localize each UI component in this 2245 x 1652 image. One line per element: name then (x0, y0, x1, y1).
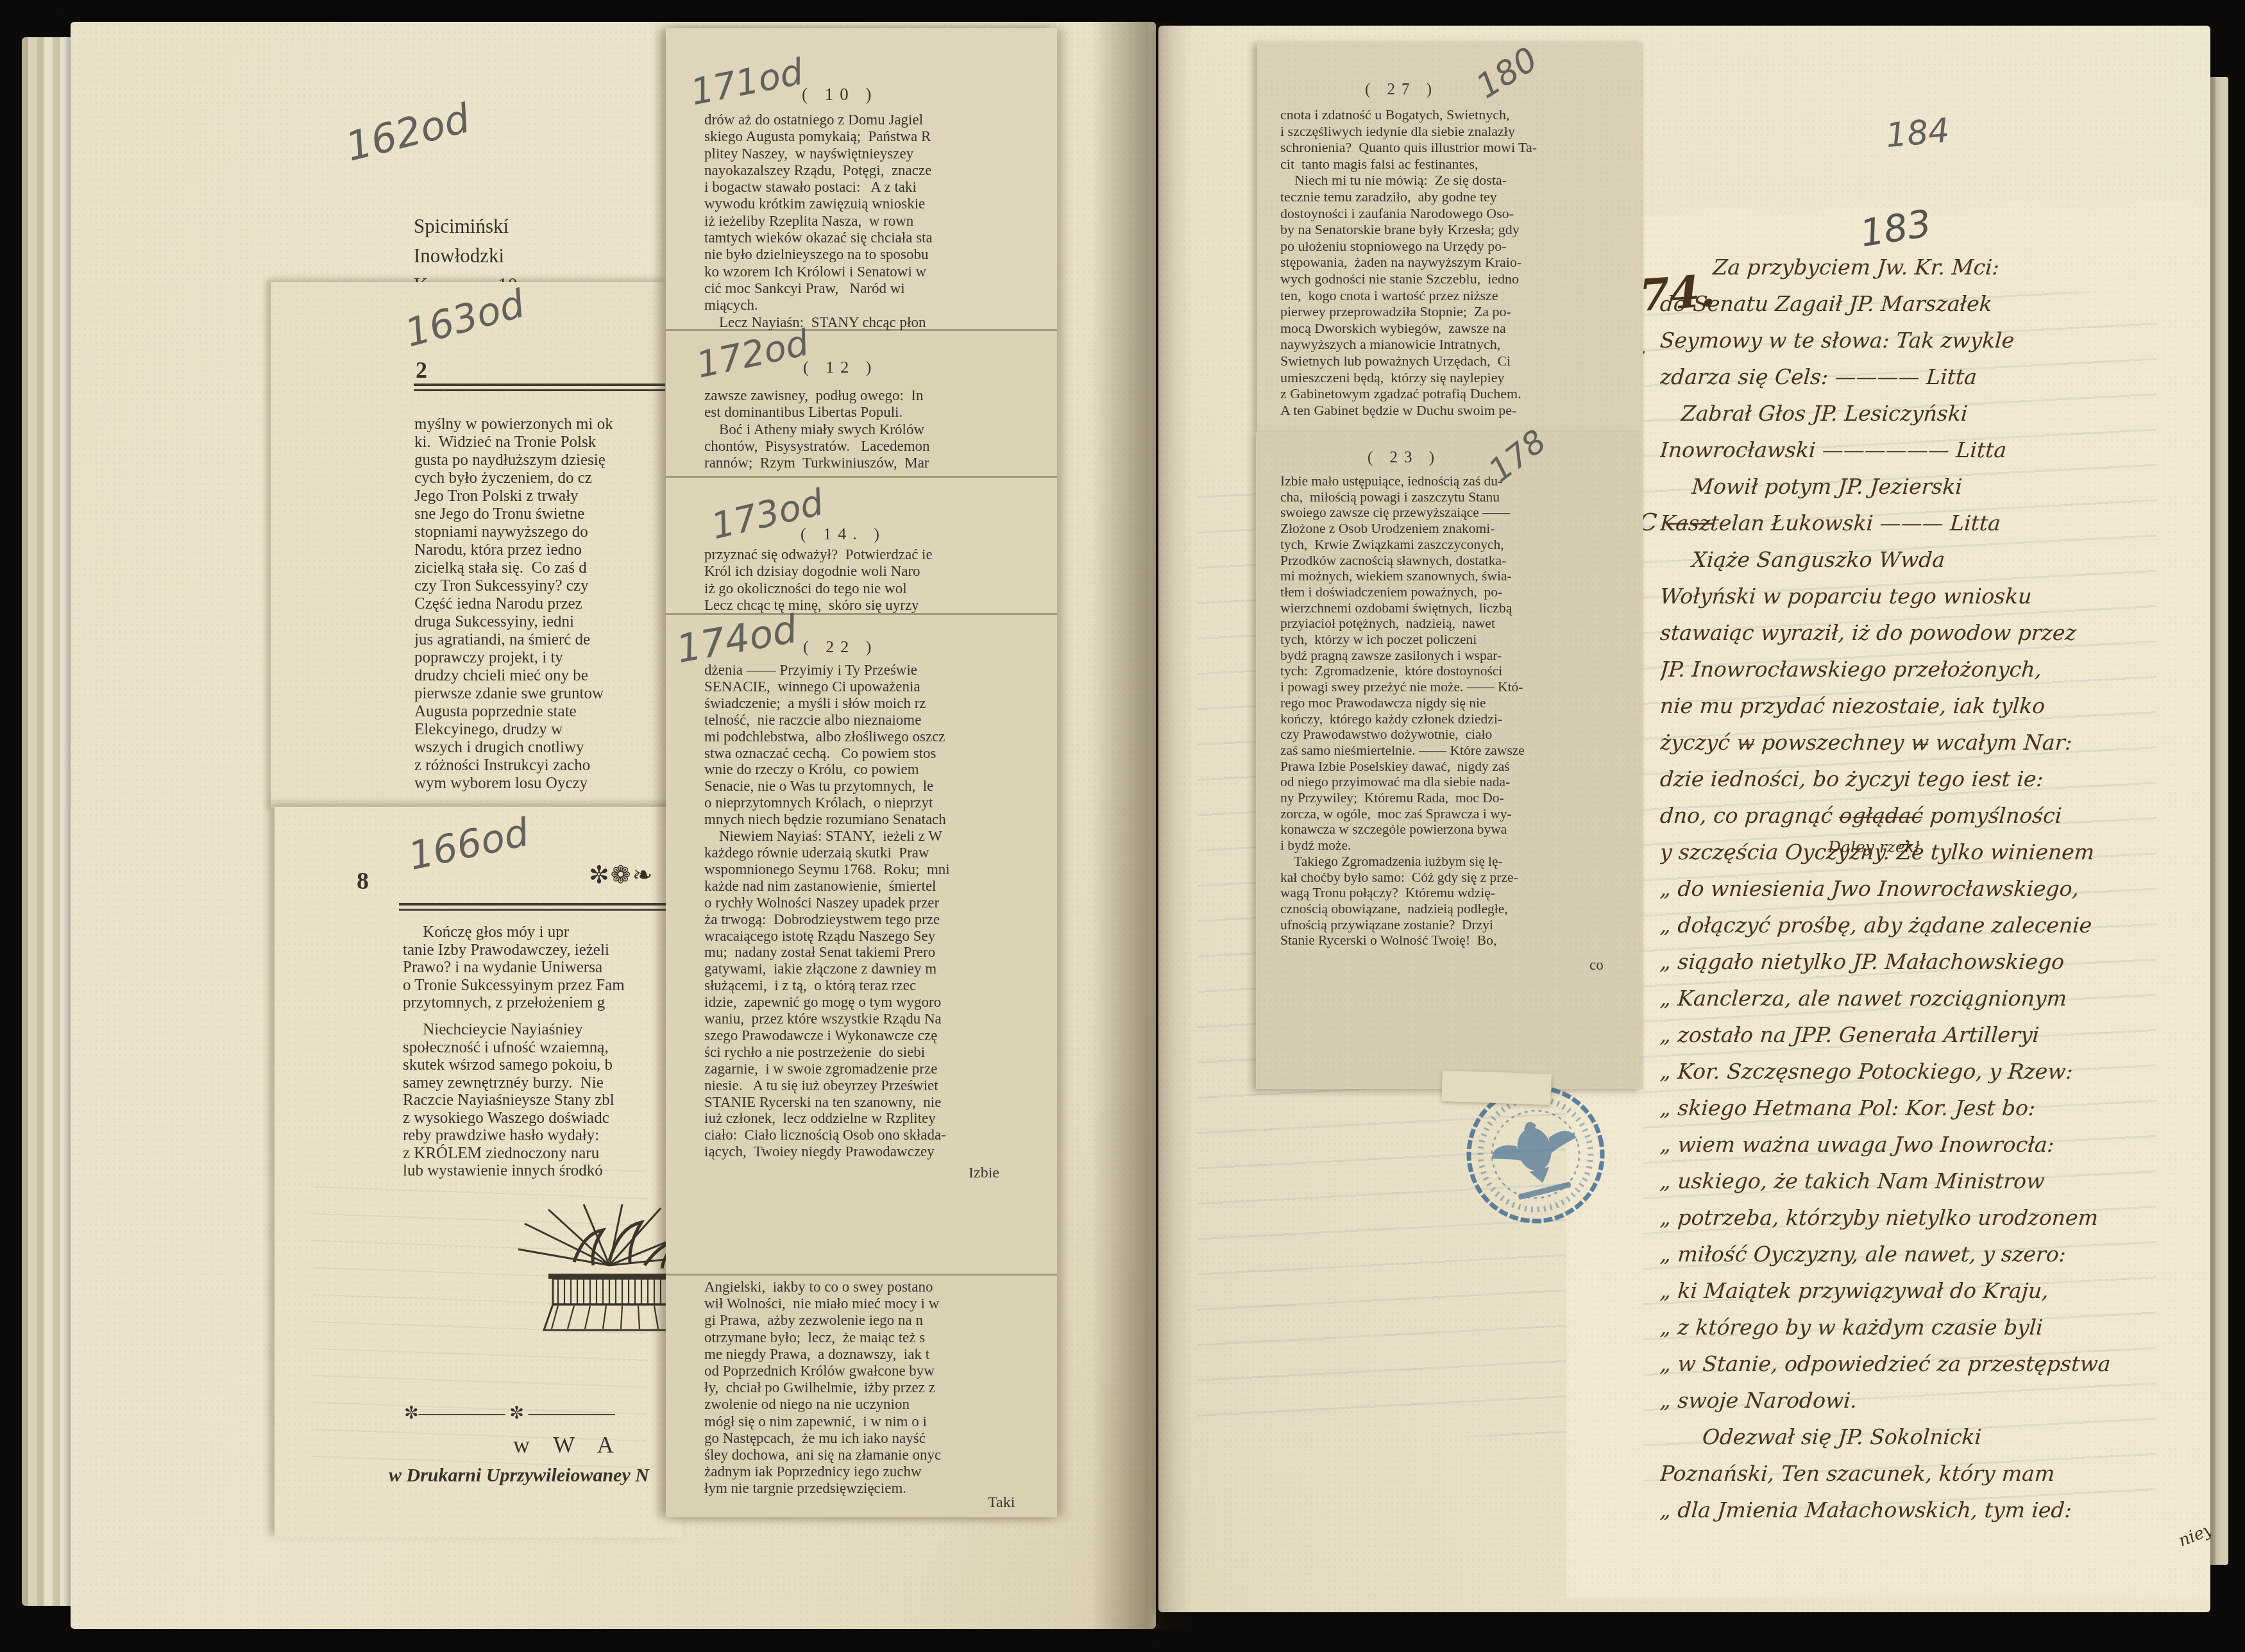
print-column-12: zawsze zawisney, podług owego: Inest dom… (704, 387, 1056, 473)
backdrop-left (0, 0, 23, 1652)
print-column-166-mid: Niechcieycie Nayiaśnieyspołeczność i ufn… (403, 1021, 667, 1183)
foliation-184: 184 (1885, 112, 1951, 155)
catchword: Taki (988, 1494, 1015, 1512)
catchword: Izbie (969, 1165, 999, 1182)
page-number-8: 8 (357, 867, 369, 895)
catchword: co (1589, 957, 1604, 973)
page-number-2: 2 (416, 357, 427, 383)
imprint-printer: w Drukarni Uprzywileiowaney N (389, 1465, 667, 1487)
print-column-23: Izbie mało ustępuiące, iednością zaś du-… (1280, 473, 1634, 949)
page-header-23: ( 23 ) (1368, 449, 1441, 467)
double-rule (399, 903, 667, 911)
archive-scan: { "meta": { "document_type": "archival b… (0, 0, 2245, 1652)
interline-insertion: Daley rzekł (1828, 838, 1920, 856)
print-column-14: przyznać się odważył? Potwierdzać ieKról… (704, 546, 1056, 616)
headpiece-ornament: ✼❁❧ (589, 861, 654, 889)
page-header-14: ( 14. ) (801, 525, 886, 544)
gutter-fold (1090, 22, 1193, 1629)
spiciminski-list: SpicimińskíInowłodzkiK——— 10: (414, 212, 665, 287)
paste-tab (1441, 1070, 1552, 1105)
asterisk-rule: ✼————— ✼ ————— (404, 1403, 667, 1423)
clipping-seam (666, 476, 1057, 478)
page-header-27: ( 27 ) (1365, 81, 1438, 99)
print-column-27: cnota i zdatność u Bogatych, Swietnych,i… (1280, 106, 1634, 422)
manuscript-text: Za przybyciem Jw. Kr. Mci:do Senatu Zaga… (1660, 249, 2209, 1539)
print-column-166-top: Kończę głos móy i uprtanie Izby Prawodaw… (403, 923, 667, 1015)
imprint-city: w W A (513, 1431, 667, 1458)
print-column-angielski: Angielski, iakby to co o swey postanowił… (704, 1279, 1056, 1499)
print-column-10: drów aż do ostatniego z Domu Jagielskieg… (704, 112, 1056, 333)
print-column-163: myślny w powierzonych mi okki. Widzieć n… (414, 416, 665, 798)
backdrop-right (2227, 0, 2245, 1652)
page-header-10: ( 10 ) (802, 85, 877, 105)
double-rule (414, 383, 665, 391)
page-header-12: ( 12 ) (803, 358, 877, 377)
clipping-seam (666, 1274, 1057, 1276)
page-header-22: ( 22 ) (803, 637, 877, 657)
print-column-22: dżenia —— Przyimiy i Ty PrześwieSENACIE,… (704, 662, 1056, 1162)
